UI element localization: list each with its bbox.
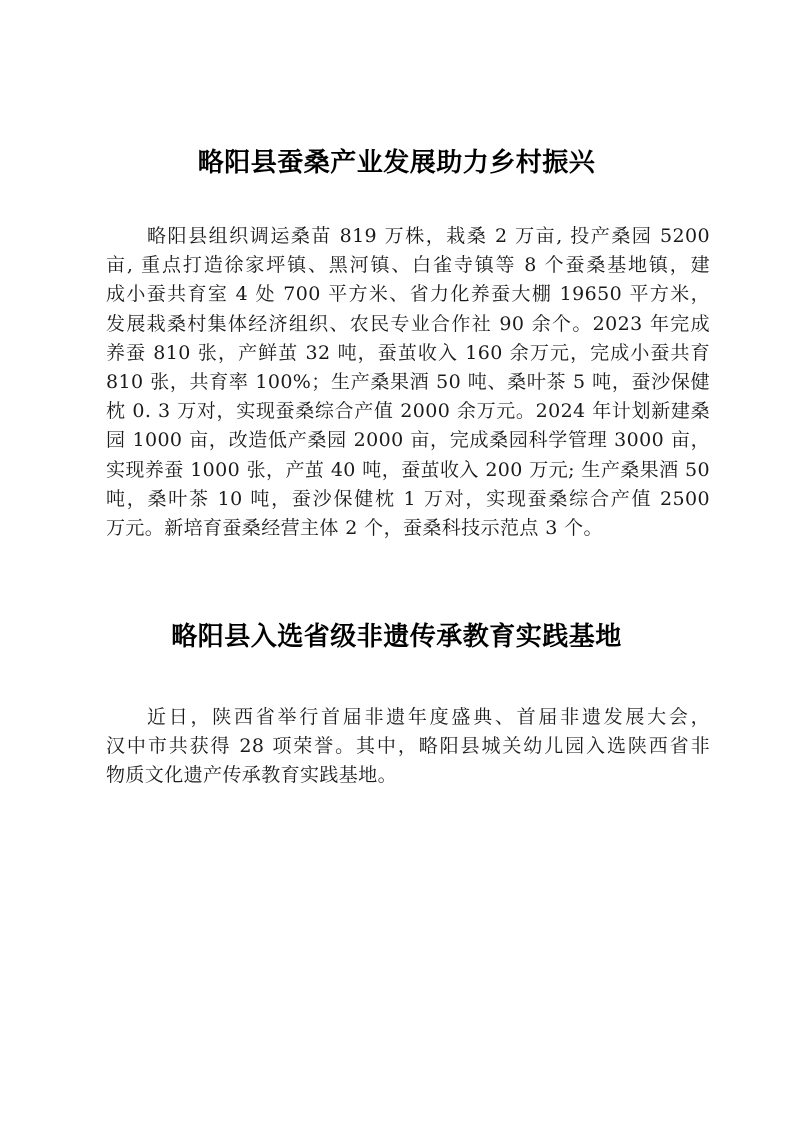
- article-title-sericulture: 略阳县蚕桑产业发展助力乡村振兴: [0, 146, 793, 180]
- body-line: 园 1000 亩，改造低产桑园 2000 亩，完成桑园科学管理 3000 亩，: [106, 426, 710, 455]
- article-title-heritage: 略阳县入选省级非遗传承教育实践基地: [0, 620, 793, 654]
- article-body-heritage: 近日，陕西省举行首届非遗年度盛典、首届非遗发展大会， 汉中市共获得 28 项荣誉…: [106, 703, 710, 791]
- document-page: 略阳县蚕桑产业发展助力乡村振兴 略阳县组织调运桑苗 819 万株，栽桑 2 万亩…: [0, 0, 793, 1122]
- body-line: 成小蚕共育室 4 处 700 平方米、省力化养蚕大棚 19650 平方米，: [106, 280, 710, 309]
- body-line: 物质文化遗产传承教育实践基地。: [106, 761, 710, 790]
- body-line: 汉中市共获得 28 项荣誉。其中，略阳县城关幼儿园入选陕西省非: [106, 732, 710, 761]
- body-line: 万元。新培育蚕桑经营主体 2 个，蚕桑科技示范点 3 个。: [106, 514, 710, 543]
- article-body-sericulture: 略阳县组织调运桑苗 819 万株，栽桑 2 万亩, 投产桑园 5200 亩, 重…: [106, 222, 710, 543]
- body-line: 养蚕 810 张，产鲜茧 32 吨，蚕茧收入 160 余万元，完成小蚕共育: [106, 339, 710, 368]
- body-line: 发展栽桑村集体经济组织、农民专业合作社 90 余个。2023 年完成: [106, 310, 710, 339]
- body-line: 近日，陕西省举行首届非遗年度盛典、首届非遗发展大会，: [106, 703, 710, 732]
- body-line: 810 张，共育率 100%；生产桑果酒 50 吨、桑叶茶 5 吨，蚕沙保健: [106, 368, 710, 397]
- body-line: 亩, 重点打造徐家坪镇、黑河镇、白雀寺镇等 8 个蚕桑基地镇，建: [106, 251, 710, 280]
- body-line: 吨，桑叶茶 10 吨，蚕沙保健枕 1 万对，实现蚕桑综合产值 2500: [106, 485, 710, 514]
- body-line: 枕 0. 3 万对，实现蚕桑综合产值 2000 余万元。2024 年计划新建桑: [106, 397, 710, 426]
- body-line: 略阳县组织调运桑苗 819 万株，栽桑 2 万亩, 投产桑园 5200: [106, 222, 710, 251]
- body-line: 实现养蚕 1000 张，产茧 40 吨，蚕茧收入 200 万元; 生产桑果酒 5…: [106, 456, 710, 485]
